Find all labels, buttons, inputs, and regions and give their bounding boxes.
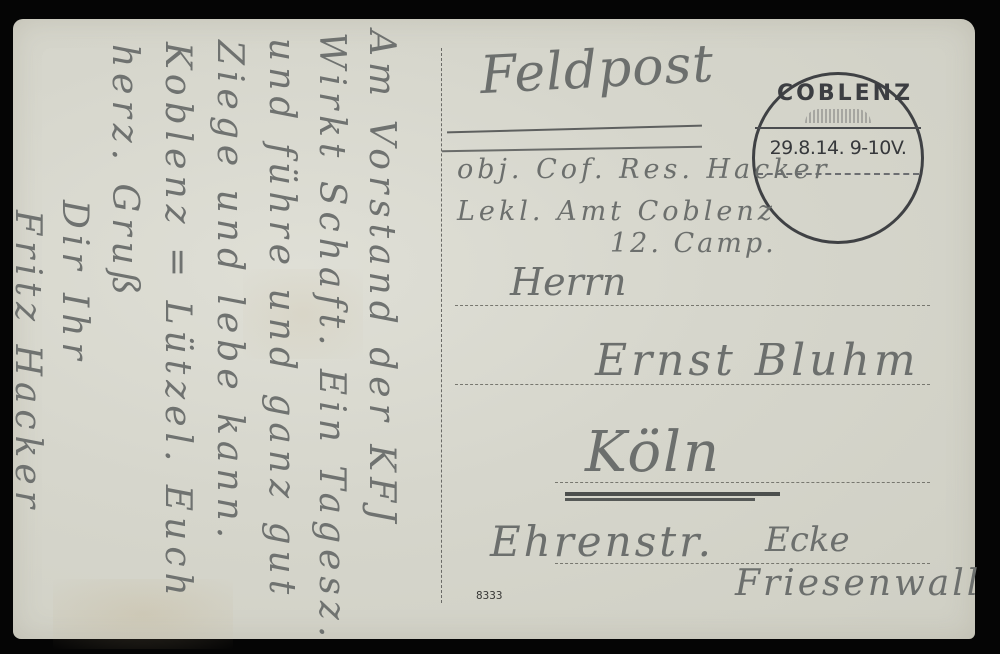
feldpost-header: Feldpost [479,34,716,106]
message-line: Wirkt Schaft. Ein Tagesz. [311,32,352,643]
recipient-corner-label: Ecke [765,520,850,560]
paper-stain [53,579,233,649]
postmark-hatching [805,109,871,123]
card-divider [441,48,442,603]
sender-line: 12. Camp. [610,228,777,259]
sender-line: Lekl. Amt Coblenz [457,196,776,227]
message-line: Am Vorstand der KFJ [361,30,402,529]
message-line: Koblenz = Lützel. Euch [157,42,198,602]
city-underline [565,498,755,501]
recipient-cross-street: Friesenwall [735,563,981,604]
sender-line: obj. Cof. Res. Hacker [457,154,831,185]
postmark-band [755,127,921,129]
print-number: 8333 [476,589,503,602]
message-line: und führe und ganz gut [261,38,302,600]
message-line: Dir Ihr [54,200,95,366]
recipient-name: Ernst Bluhm [595,335,920,386]
address-line [455,305,930,306]
message-line: Ziege und lebe kann. [209,40,250,544]
postmark-city: COBLENZ [777,81,901,106]
recipient-street: Ehrenstr. [490,517,714,566]
message-line: herz. Gruß [104,44,145,301]
recipient-city: Köln [585,420,721,485]
recipient-salutation: Herrn [510,260,626,304]
signature: Fritz Hacker [7,210,48,514]
city-underline [565,492,780,496]
